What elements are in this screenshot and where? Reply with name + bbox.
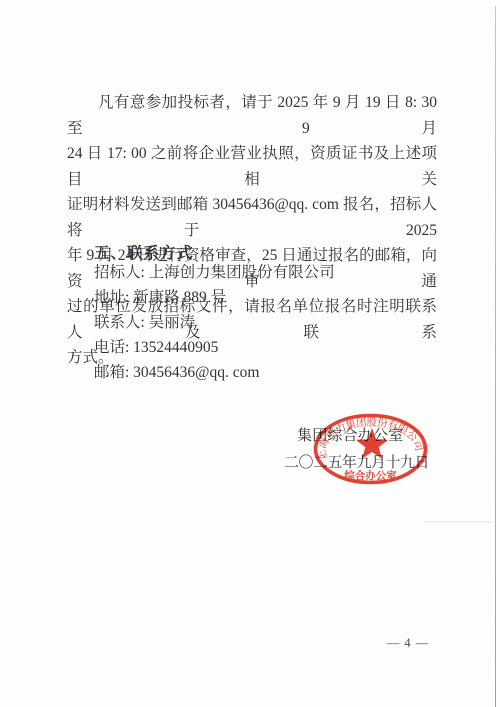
contact-line-person: 联系人: 吴丽涛 bbox=[94, 311, 335, 336]
contact-line-email: 邮箱: 30456436@qq. com bbox=[94, 361, 335, 386]
scan-edge-line bbox=[495, 6, 497, 707]
official-seal: 上海创力集团股份有限公司 综合办公室 bbox=[298, 404, 448, 500]
paragraph-line: 证明材料发送到邮箱 30456436@qq. com 报名，招标人将于 2025 bbox=[67, 192, 437, 243]
contact-line-address: 地址: 新康路 889 号 bbox=[94, 286, 335, 311]
section-heading: 五、联系方式 bbox=[94, 241, 193, 263]
paragraph-line: 凡有意参加投标者，请于 2025 年 9 月 19 日 8: 30 至 9 月 bbox=[67, 90, 437, 141]
paragraph-line: 24 日 17: 00 之前将企业营业执照，资质证书及上述项目相关 bbox=[67, 141, 437, 192]
seal-department-text: 综合办公室 bbox=[344, 469, 397, 482]
contact-block: 招标人: 上海创力集团股份有限公司 地址: 新康路 889 号 联系人: 吴丽涛… bbox=[94, 261, 335, 386]
page-number: — 4 — bbox=[378, 636, 438, 651]
seal-star-icon bbox=[356, 428, 388, 459]
scan-artifact-line bbox=[424, 521, 494, 523]
contact-line-tenderer: 招标人: 上海创力集团股份有限公司 bbox=[94, 261, 335, 286]
document-page: 凡有意参加投标者，请于 2025 年 9 月 19 日 8: 30 至 9 月 … bbox=[0, 0, 500, 707]
contact-line-phone: 电话: 13524440905 bbox=[94, 336, 335, 361]
